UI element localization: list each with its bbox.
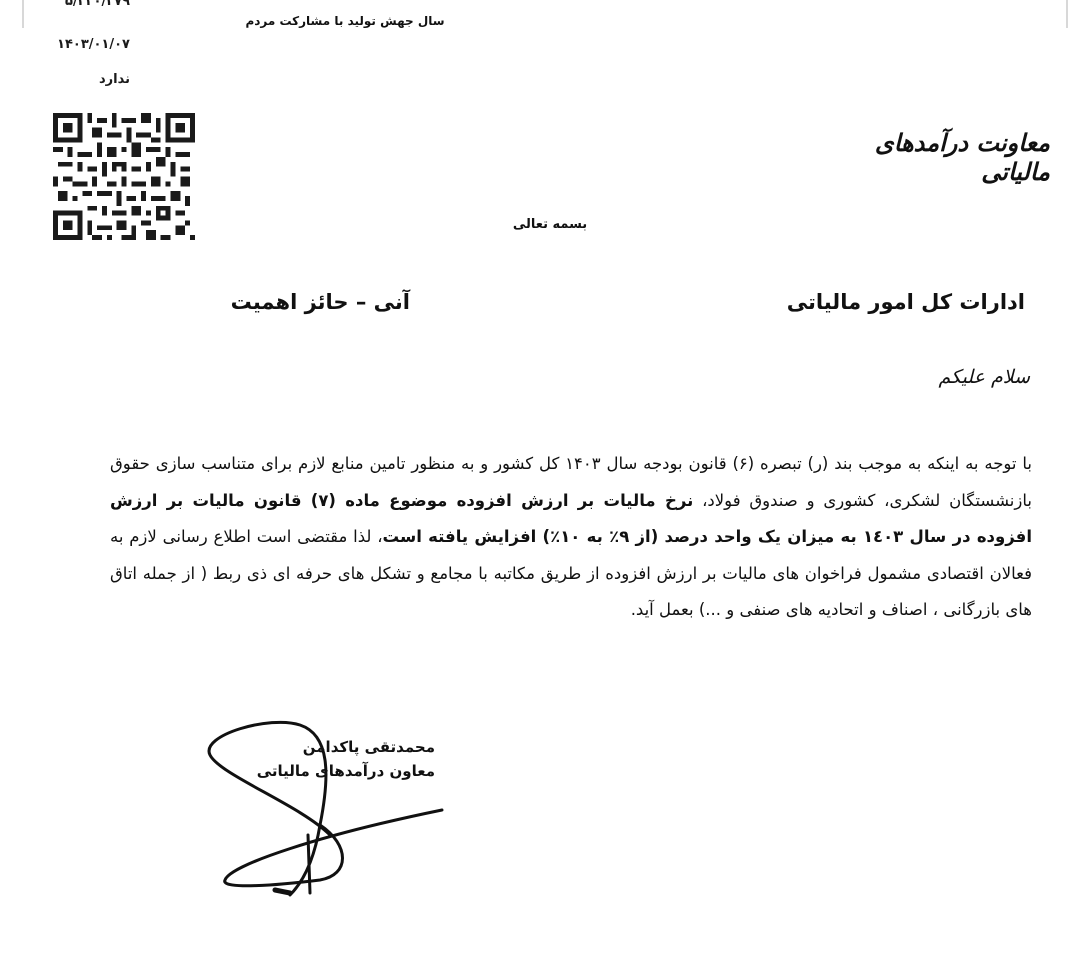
- letter-attachment: ندارد: [30, 72, 130, 87]
- signatory-name: محمدتقی پاکدامن: [215, 735, 435, 759]
- addressee: ادارات کل امور مالیاتی: [700, 290, 1025, 314]
- signature-block: محمدتقی پاکدامن معاون درآمدهای مالیاتی: [215, 735, 435, 783]
- greeting: سلام علیکم: [930, 366, 1030, 388]
- letter-body: با توجه به اینکه به موجب بند (ر) تبصره (…: [110, 446, 1032, 629]
- priority-label: آنی – حائز اهمیت: [170, 290, 410, 314]
- page-edge-right: [1066, 0, 1068, 28]
- letter-date: ۱۴۰۳/۰۱/۰۷: [30, 37, 130, 52]
- signatory-title: معاون درآمدهای مالیاتی: [215, 759, 435, 783]
- year-slogan: سال جهش تولید با مشارکت مردم: [240, 14, 450, 28]
- basmala-heading: بسمه تعالی: [480, 217, 620, 232]
- department-logo: معاونت درآمدهای مالیاتی: [840, 128, 1050, 186]
- letter-number: ۵/۲۳۰/۳۷۹: [30, 0, 130, 9]
- page-edge-left: [22, 0, 24, 28]
- qr-code-icon: [53, 113, 195, 240]
